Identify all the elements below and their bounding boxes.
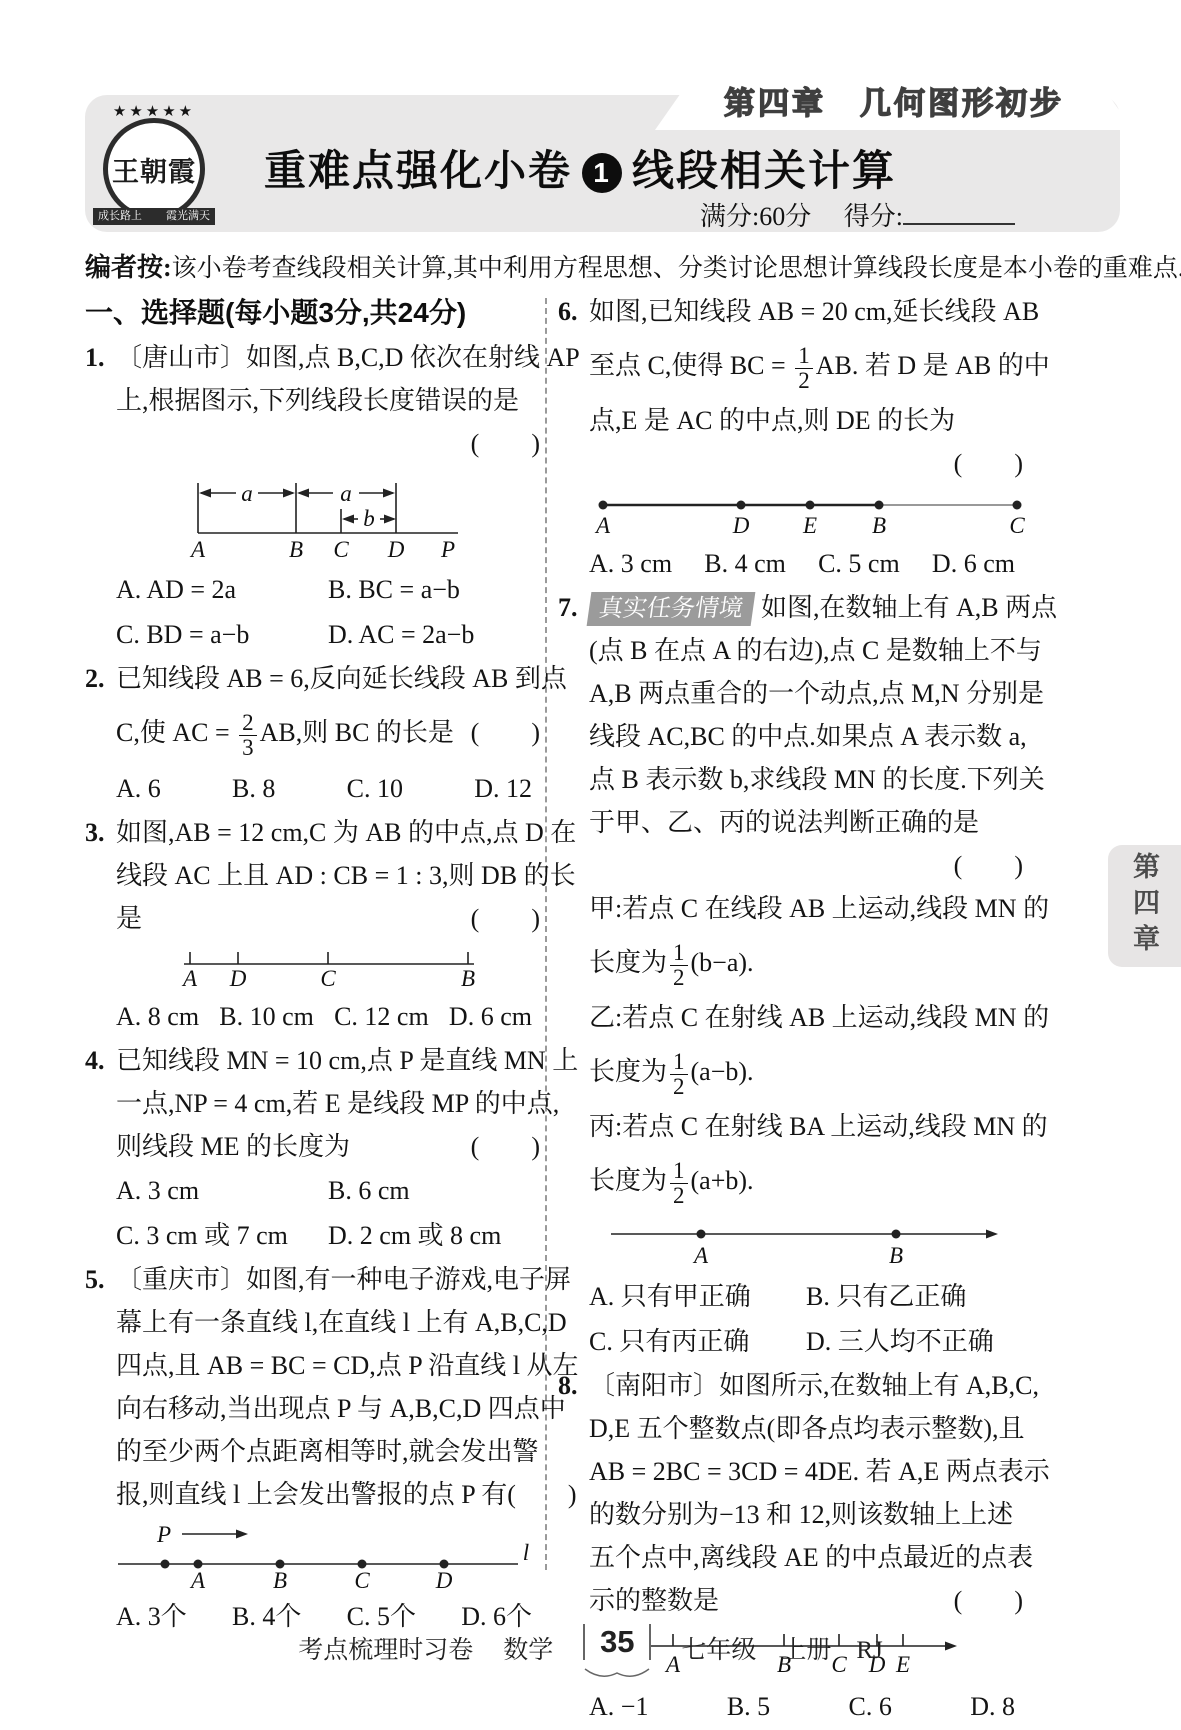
answer-paren: ( ) bbox=[471, 1125, 540, 1168]
statement-text: 甲:若点 C 在线段 AB 上运动,线段 MN 的 bbox=[589, 894, 1049, 923]
question-line: 〔南阳市〕如图所示,在数轴上有 A,B,C, bbox=[589, 1364, 1023, 1407]
option-d: D. AC = 2a−b bbox=[328, 612, 540, 657]
dim-label: a bbox=[241, 481, 253, 506]
point-label: B bbox=[273, 1568, 287, 1590]
question-line: 线段 AC,BC 的中点.如果点 A 表示数 a, bbox=[589, 715, 1023, 758]
brand-logo: ★★★★★ 王朝霞 成长路上 霞光满天 bbox=[92, 104, 216, 234]
statement-line: 丙:若点 C 在射线 BA 上运动,线段 MN 的 bbox=[589, 1105, 1023, 1148]
question-text: (点 B 在点 A 的右边),点 C 是数轴上不与 bbox=[589, 636, 1042, 665]
statement-text: 长度为 bbox=[589, 1166, 667, 1195]
full-score-label: 满分:60分 bbox=[700, 202, 811, 231]
question-number: 6. bbox=[558, 290, 578, 333]
option-a: A. AD = 2a bbox=[116, 567, 328, 612]
question-text: 报,则直线 l 上会发出警报的点 P 有( ) bbox=[116, 1480, 577, 1509]
statement-text: (b−a). bbox=[691, 948, 754, 977]
question-number: 7. bbox=[558, 586, 578, 629]
question-text: 如图,已知线段 AB = 20 cm,延长线段 AB bbox=[589, 297, 1039, 326]
option-c: C. 5 cm bbox=[818, 541, 900, 586]
question-text: 的至少两个点距离相等时,就会发出警 bbox=[116, 1437, 539, 1466]
question-text: 向右移动,当出现点 P 与 A,B,C,D 四点中 bbox=[116, 1394, 566, 1423]
question-4: 4. 已知线段 MN = 10 cm,点 P 是直线 MN 上 一点,NP = … bbox=[85, 1039, 540, 1258]
fraction: 12 bbox=[670, 1159, 688, 1207]
fraction: 12 bbox=[670, 1050, 688, 1098]
option-d: D. 6 cm bbox=[449, 994, 532, 1039]
page-footer: 考点梳理时习卷 数学 35 七年级 上册 RJ bbox=[0, 1630, 1181, 1688]
fraction: 12 bbox=[670, 941, 688, 989]
question-text: D,E 五个整数点(即各点均表示整数),且 bbox=[589, 1414, 1024, 1443]
point-label: D bbox=[435, 1568, 453, 1590]
statement-text: 乙:若点 C 在射线 AB 上运动,线段 MN 的 bbox=[589, 1003, 1049, 1032]
question-6: 6. 如图,已知线段 AB = 20 cm,延长线段 AB 至点 C,使得 BC… bbox=[558, 290, 1023, 586]
q3-segment-diagram: A D C B bbox=[178, 944, 478, 990]
question-text: 线段 AC 上且 AD : CB = 1 : 3,则 DB 的长 bbox=[116, 861, 576, 890]
statement-text: 长度为 bbox=[589, 1057, 667, 1086]
answer-paren: ( ) bbox=[471, 897, 540, 940]
question-text: 则线段 ME 的长度为 bbox=[116, 1132, 350, 1161]
option-a: A. 6 bbox=[116, 766, 161, 811]
page-number-book: 35 bbox=[583, 1624, 651, 1688]
page-title: 重难点强化小卷1线段相关计算 bbox=[200, 138, 960, 198]
statement-text: (a+b). bbox=[691, 1166, 754, 1195]
question-number: 4. bbox=[85, 1039, 105, 1082]
question-line-fraction: 至点 C,使得 BC = 12AB. 若 D 是 AB 的中 bbox=[589, 333, 1023, 399]
point-label: P bbox=[440, 537, 455, 562]
point-label: D bbox=[229, 966, 247, 990]
question-text: 一点,NP = 4 cm,若 E 是线段 MP 的中点, bbox=[116, 1089, 559, 1118]
question-line: 则线段 ME 的长度为( ) bbox=[116, 1125, 540, 1168]
question-line: 一点,NP = 4 cm,若 E 是线段 MP 的中点, bbox=[116, 1082, 540, 1125]
question-text: 〔南阳市〕如图所示,在数轴上有 A,B,C, bbox=[589, 1371, 1039, 1400]
statement-line-fraction: 长度为12(a−b). bbox=[589, 1039, 1023, 1105]
question-text: 是 bbox=[116, 904, 142, 933]
context-badge: 真实任务情境 bbox=[587, 592, 756, 626]
score-blank-field bbox=[903, 197, 1015, 225]
question-line: 线段 AC 上且 AD : CB = 1 : 3,则 DB 的长 bbox=[116, 854, 540, 897]
point-label: P bbox=[156, 1522, 171, 1547]
option-a: A. 3 cm bbox=[589, 541, 672, 586]
chapter-tab-label: 第四章 几何图形初步 bbox=[724, 78, 1064, 123]
question-number: 8. bbox=[558, 1364, 578, 1407]
options-row: A. AD = 2a B. BC = a−b bbox=[116, 567, 540, 612]
point-label: B bbox=[461, 966, 475, 990]
left-column: 一、选择题(每小题3分,共24分) 1. 〔唐山市〕如图,点 B,C,D 依次在… bbox=[85, 290, 540, 1639]
question-number: 1. bbox=[85, 336, 105, 379]
point-label: D bbox=[387, 537, 405, 562]
logo-stars-icon: ★★★★★ bbox=[92, 104, 216, 120]
question-number: 3. bbox=[85, 811, 105, 854]
question-text: 点,E 是 AC 的中点,则 DE 的长为 bbox=[589, 406, 955, 435]
section-heading: 一、选择题(每小题3分,共24分) bbox=[85, 290, 540, 336]
option-c: C. 10 bbox=[347, 766, 403, 811]
statement-line-fraction: 长度为12(a+b). bbox=[589, 1148, 1023, 1214]
question-text: 至点 C,使得 BC = bbox=[589, 351, 792, 380]
option-b: B. 4 cm bbox=[704, 541, 786, 586]
options-row: A. 6 B. 8 C. 10 D. 12 bbox=[116, 766, 540, 811]
options-row: A. 3 cm B. 6 cm bbox=[116, 1168, 540, 1213]
question-text: 如图,AB = 12 cm,C 为 AB 的中点,点 D 在 bbox=[116, 818, 576, 847]
question-line: 报,则直线 l 上会发出警报的点 P 有( ) bbox=[116, 1473, 540, 1516]
options-row: A. 只有甲正确 B. 只有乙正确 bbox=[589, 1274, 1023, 1319]
logo-brand-text: 王朝霞 bbox=[112, 150, 196, 189]
question-line: 如图,AB = 12 cm,C 为 AB 的中点,点 D 在 bbox=[116, 811, 540, 854]
question-line: 如图,已知线段 AB = 20 cm,延长线段 AB bbox=[589, 290, 1023, 333]
q7-number-line-diagram: A B bbox=[606, 1218, 1006, 1270]
q6-segment-diagram: A D E B C bbox=[589, 489, 1029, 537]
option-d: D. 12 bbox=[474, 766, 532, 811]
answer-paren: ( ) bbox=[954, 442, 1023, 485]
page-title-suffix: 线段相关计算 bbox=[632, 147, 896, 194]
point-label: C bbox=[333, 537, 349, 562]
question-5: 5. 〔重庆市〕如图,有一种电子游戏,电子屏 幕上有一条直线 l,在直线 l 上… bbox=[85, 1258, 540, 1639]
option-b: B. 10 cm bbox=[219, 994, 314, 1039]
question-line: 〔重庆市〕如图,有一种电子游戏,电子屏 bbox=[116, 1258, 540, 1301]
option-b: B. 5 bbox=[727, 1684, 770, 1729]
page-title-prefix: 重难点强化小卷 bbox=[264, 147, 572, 194]
question-line: 点,E 是 AC 的中点,则 DE 的长为( ) bbox=[589, 399, 1023, 485]
workbook-page: 第四章 几何图形初步 ★★★★★ 王朝霞 成长路上 霞光满天 重难点强化小卷1线… bbox=[0, 0, 1181, 1730]
point-label: C bbox=[1009, 513, 1025, 537]
question-text: 线段 AC,BC 的中点.如果点 A 表示数 a, bbox=[589, 722, 1027, 751]
point-label: D bbox=[732, 513, 750, 537]
question-text: 幕上有一条直线 l,在直线 l 上有 A,B,C,D bbox=[116, 1308, 567, 1337]
point-label: C bbox=[320, 966, 336, 990]
question-line: D,E 五个整数点(即各点均表示整数),且 bbox=[589, 1407, 1023, 1450]
line-label: l bbox=[523, 1540, 529, 1565]
question-text: 已知线段 AB = 6,反向延长线段 AB 到点 bbox=[116, 664, 567, 693]
question-text: 五个点中,离线段 AE 的中点最近的点表 bbox=[589, 1543, 1033, 1572]
question-3: 3. 如图,AB = 12 cm,C 为 AB 的中点,点 D 在 线段 AC … bbox=[85, 811, 540, 1039]
footer-series: 考点梳理时习卷 bbox=[298, 1630, 473, 1666]
question-line: 已知线段 MN = 10 cm,点 P 是直线 MN 上 bbox=[116, 1039, 540, 1082]
side-chapter-tab-label: 第四章 bbox=[1125, 852, 1164, 960]
option-b: B. 6 cm bbox=[328, 1168, 540, 1213]
point-label: B bbox=[889, 1243, 903, 1268]
question-text: 已知线段 MN = 10 cm,点 P 是直线 MN 上 bbox=[116, 1046, 578, 1075]
question-line: 上,根据图示,下列线段长度错误的是 bbox=[116, 379, 540, 422]
question-number: 5. bbox=[85, 1258, 105, 1301]
side-chapter-tab: 第四章 bbox=[1108, 845, 1181, 967]
question-text: 点 B 表示数 b,求线段 MN 的长度.下列关 bbox=[589, 765, 1045, 794]
footer-grade: 七年级 上册 RJ bbox=[681, 1630, 882, 1666]
question-text: 如图,在数轴上有 A,B 两点 bbox=[761, 593, 1057, 622]
editor-note-text: 该小卷考查线段相关计算,其中利用方程思想、分类讨论思想计算线段长度是本小卷的重难… bbox=[172, 255, 1181, 282]
option-a: A. −1 bbox=[589, 1684, 648, 1729]
answer-paren: ( ) bbox=[471, 422, 540, 465]
option-a: A. 3 cm bbox=[116, 1168, 328, 1213]
options-row: C. 只有丙正确 D. 三人均不正确 bbox=[589, 1319, 1023, 1364]
option-c: C. 12 cm bbox=[334, 994, 429, 1039]
question-text: 四点,且 AB = BC = CD,点 P 沿直线 l 从左 bbox=[116, 1351, 578, 1380]
option-d: D. 8 bbox=[970, 1684, 1015, 1729]
option-c: C. 3 cm 或 7 cm bbox=[116, 1213, 328, 1258]
title-number-badge: 1 bbox=[582, 153, 622, 193]
question-line: 〔唐山市〕如图,点 B,C,D 依次在射线 AP bbox=[116, 336, 540, 379]
statement-line: 乙:若点 C 在射线 AB 上运动,线段 MN 的 bbox=[589, 996, 1023, 1039]
logo-circle: 王朝霞 bbox=[103, 118, 205, 220]
options-row: C. BD = a−b D. AC = 2a−b bbox=[116, 612, 540, 657]
point-label: C bbox=[354, 1568, 370, 1590]
question-text: 〔唐山市〕如图,点 B,C,D 依次在射线 AP bbox=[116, 343, 580, 372]
book-curve-icon bbox=[583, 1667, 651, 1681]
question-line: 已知线段 AB = 6,反向延长线段 AB 到点 bbox=[116, 657, 540, 700]
q5-line-diagram: l P A B C D bbox=[118, 1520, 538, 1590]
answer-paren: ( ) bbox=[471, 700, 540, 766]
option-c: C. 只有丙正确 bbox=[589, 1319, 806, 1364]
option-b: B. BC = a−b bbox=[328, 567, 540, 612]
question-number: 2. bbox=[85, 657, 105, 700]
question-text: 上,根据图示,下列线段长度错误的是 bbox=[116, 386, 519, 415]
point-label: A bbox=[189, 537, 206, 562]
statement-text: 丙:若点 C 在射线 BA 上运动,线段 MN 的 bbox=[589, 1112, 1048, 1141]
question-line: 示的整数是( ) bbox=[589, 1579, 1023, 1622]
statement-text: (a−b). bbox=[691, 1057, 754, 1086]
fraction: 12 bbox=[795, 344, 813, 392]
question-line: A,B 两点重合的一个动点,点 M,N 分别是 bbox=[589, 672, 1023, 715]
logo-ribbon-right: 霞光满天 bbox=[166, 208, 210, 225]
editor-note-label: 编者按: bbox=[85, 253, 172, 282]
q1-segment-diagram: a a b A B C D P bbox=[178, 469, 478, 563]
question-text: AB,则 BC 的长是 bbox=[260, 718, 454, 747]
question-text: AB. 若 D 是 AB 的中 bbox=[816, 351, 1050, 380]
point-label: B bbox=[289, 537, 303, 562]
question-2: 2. 已知线段 AB = 6,反向延长线段 AB 到点 C,使 AC = 23A… bbox=[85, 657, 540, 811]
point-label: A bbox=[692, 1243, 709, 1268]
statement-text: 长度为 bbox=[589, 948, 667, 977]
option-a: A. 只有甲正确 bbox=[589, 1274, 806, 1319]
point-label: E bbox=[802, 513, 817, 537]
editor-note: 编者按:该小卷考查线段相关计算,其中利用方程思想、分类讨论思想计算线段长度是本小… bbox=[85, 247, 1125, 284]
option-d: D. 6 cm bbox=[932, 541, 1015, 586]
question-line: AB = 2BC = 3CD = 4DE. 若 A,E 两点表示 bbox=[589, 1450, 1023, 1493]
option-d: D. 三人均不正确 bbox=[806, 1319, 1023, 1364]
question-line: 的数分别为−13 和 12,则该数轴上上述 bbox=[589, 1493, 1023, 1536]
options-row: A. 3 cm B. 4 cm C. 5 cm D. 6 cm bbox=[589, 541, 1023, 586]
question-line: 于甲、乙、丙的说法判断正确的是( ) bbox=[589, 801, 1023, 887]
got-score-label: 得分: bbox=[844, 202, 903, 231]
statement-line: 甲:若点 C 在线段 AB 上运动,线段 MN 的 bbox=[589, 887, 1023, 930]
answer-paren: ( ) bbox=[954, 844, 1023, 887]
question-1: 1. 〔唐山市〕如图,点 B,C,D 依次在射线 AP 上,根据图示,下列线段长… bbox=[85, 336, 540, 657]
question-text: 示的整数是 bbox=[589, 1586, 719, 1615]
point-label: B bbox=[872, 513, 886, 537]
option-b: B. 8 bbox=[232, 766, 275, 811]
question-text: A,B 两点重合的一个动点,点 M,N 分别是 bbox=[589, 679, 1044, 708]
options-row: A. 8 cm B. 10 cm C. 12 cm D. 6 cm bbox=[116, 994, 540, 1039]
question-text: 的数分别为−13 和 12,则该数轴上上述 bbox=[589, 1500, 1013, 1529]
page-number: 35 bbox=[583, 1624, 651, 1660]
question-line: 五个点中,离线段 AE 的中点最近的点表 bbox=[589, 1536, 1023, 1579]
dim-label: b bbox=[363, 506, 375, 531]
option-d: D. 2 cm 或 8 cm bbox=[328, 1213, 540, 1258]
question-line: 是( ) bbox=[116, 897, 540, 940]
point-label: A bbox=[594, 513, 611, 537]
point-label: A bbox=[181, 966, 198, 990]
fraction: 23 bbox=[239, 711, 257, 759]
right-column: 6. 如图,已知线段 AB = 20 cm,延长线段 AB 至点 C,使得 BC… bbox=[558, 290, 1023, 1729]
logo-ribbon-left: 成长路上 bbox=[98, 208, 142, 225]
point-label: A bbox=[189, 1568, 206, 1590]
options-row: A. −1 B. 5 C. 6 D. 8 bbox=[589, 1684, 1023, 1729]
question-line: 点 B 表示数 b,求线段 MN 的长度.下列关 bbox=[589, 758, 1023, 801]
question-line: 向右移动,当出现点 P 与 A,B,C,D 四点中 bbox=[116, 1387, 540, 1430]
logo-ribbon: 成长路上 霞光满天 bbox=[93, 208, 215, 225]
option-c: C. BD = a−b bbox=[116, 612, 328, 657]
option-a: A. 8 cm bbox=[116, 994, 199, 1039]
question-line: (点 B 在点 A 的右边),点 C 是数轴上不与 bbox=[589, 629, 1023, 672]
question-line-fraction: C,使 AC = 23AB,则 BC 的长是 ( ) bbox=[116, 700, 540, 766]
options-row: C. 3 cm 或 7 cm D. 2 cm 或 8 cm bbox=[116, 1213, 540, 1258]
question-7: 7. 真实任务情境如图,在数轴上有 A,B 两点 (点 B 在点 A 的右边),… bbox=[558, 586, 1023, 1364]
answer-paren-line: ( ) bbox=[116, 422, 540, 465]
score-line: 满分:60分 得分: bbox=[700, 196, 1015, 233]
answer-paren: ( ) bbox=[954, 1579, 1023, 1622]
dim-label: a bbox=[340, 481, 352, 506]
chapter-tab: 第四章 几何图形初步 bbox=[655, 70, 1133, 130]
question-line: 四点,且 AB = BC = CD,点 P 沿直线 l 从左 bbox=[116, 1344, 540, 1387]
question-text: AB = 2BC = 3CD = 4DE. 若 A,E 两点表示 bbox=[589, 1457, 1050, 1486]
question-text: 〔重庆市〕如图,有一种电子游戏,电子屏 bbox=[116, 1265, 571, 1294]
question-text: C,使 AC = bbox=[116, 718, 236, 747]
question-text: 于甲、乙、丙的说法判断正确的是 bbox=[589, 808, 979, 837]
footer-subject: 数学 bbox=[503, 1630, 553, 1666]
question-line: 幕上有一条直线 l,在直线 l 上有 A,B,C,D bbox=[116, 1301, 540, 1344]
option-c: C. 6 bbox=[849, 1684, 892, 1729]
statement-line-fraction: 长度为12(b−a). bbox=[589, 930, 1023, 996]
question-line: 的至少两个点距离相等时,就会发出警 bbox=[116, 1430, 540, 1473]
question-line: 真实任务情境如图,在数轴上有 A,B 两点 bbox=[589, 586, 1023, 629]
option-b: B. 只有乙正确 bbox=[806, 1274, 1023, 1319]
